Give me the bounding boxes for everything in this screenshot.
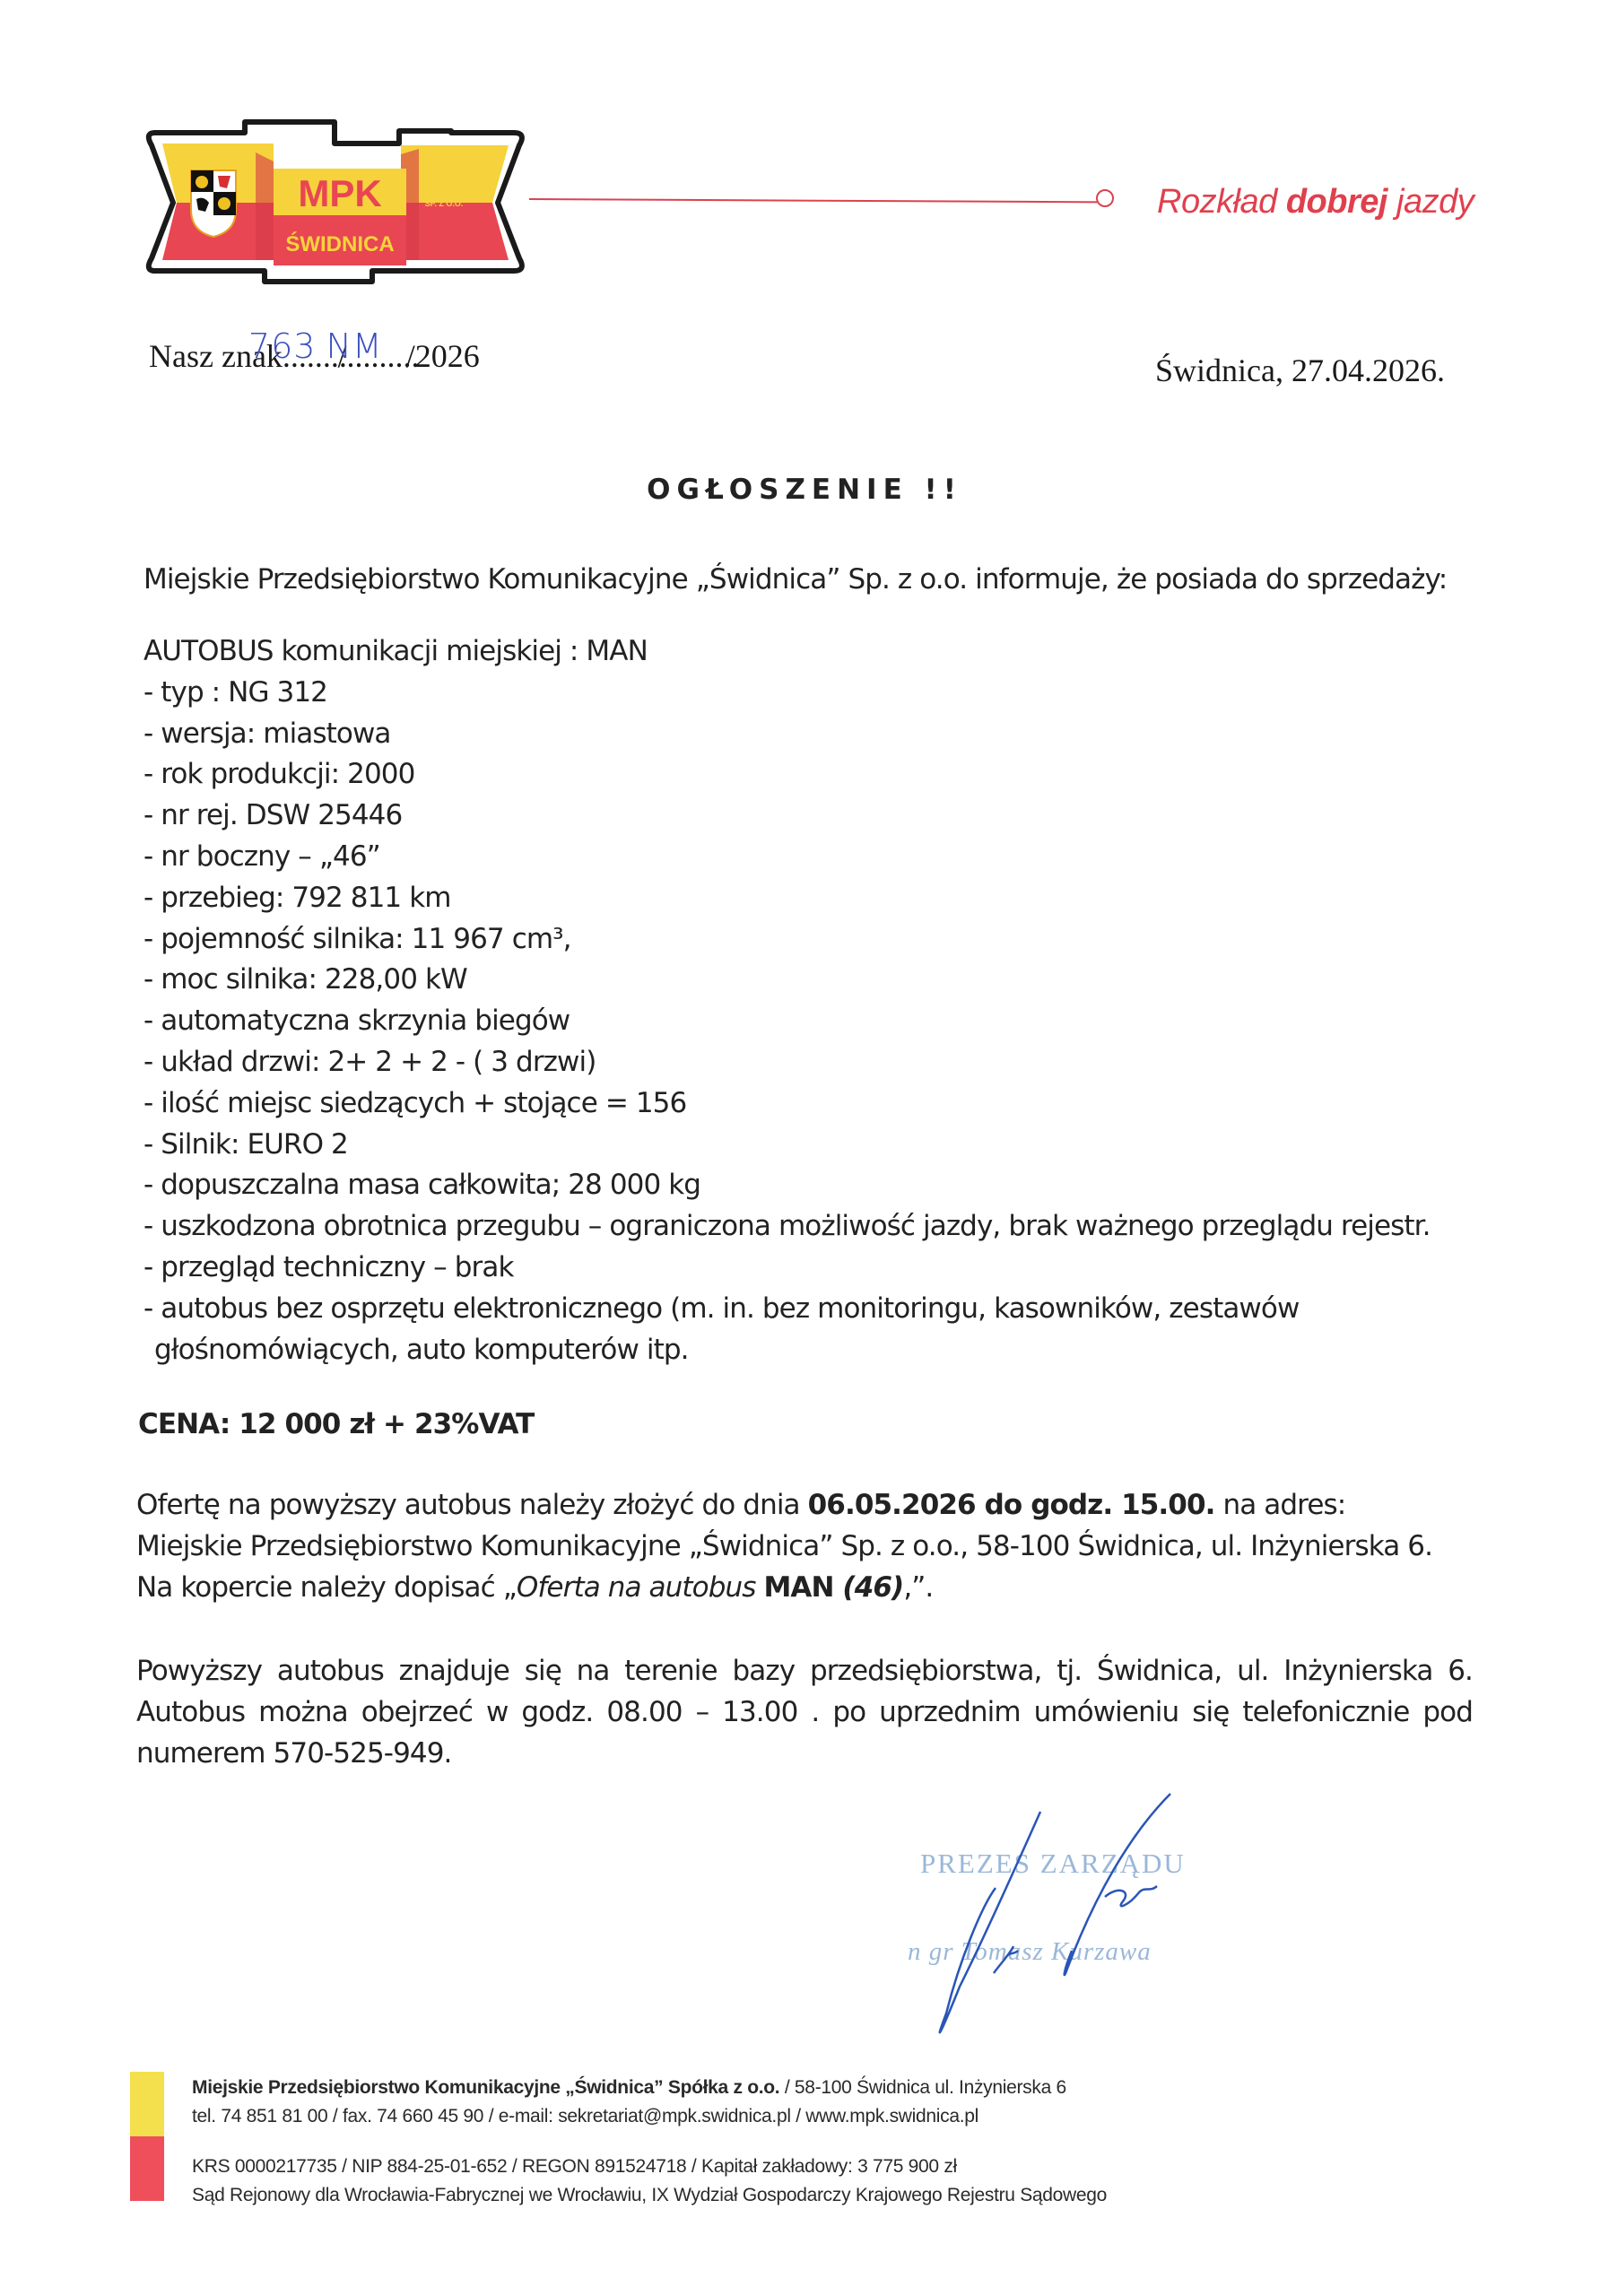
mpk-swidnica-logo: MPK ŚWIDNICA SP. Z O.O. xyxy=(139,117,534,287)
spec-item: - moc silnika: 228,00 kW xyxy=(144,960,1431,1001)
spec-item: - automatyczna skrzynia biegów xyxy=(144,1001,1431,1042)
spec-item: - Silnik: EURO 2 xyxy=(144,1125,1431,1166)
header-circle-icon xyxy=(1096,189,1114,207)
footer-court: Sąd Rejonowy dla Wrocławia-Fabrycznej we… xyxy=(192,2185,1107,2206)
viewing-information: Powyższy autobus znajduje się na terenie… xyxy=(136,1650,1473,1774)
footer-contact: tel. 74 851 81 00 / fax. 74 660 45 90 / … xyxy=(192,2106,978,2127)
offer-instructions: Ofertę na powyższy autobus należy złożyć… xyxy=(136,1484,1432,1608)
spec-item: - autobus bez osprzętu elektronicznego (… xyxy=(144,1289,1431,1330)
document-date: Świdnica, 27.04.2026. xyxy=(1155,352,1445,389)
spec-item: - ilość miejsc siedzących + stojące = 15… xyxy=(144,1083,1431,1125)
spec-item: - przebieg: 792 811 km xyxy=(144,878,1431,919)
spec-item: - typ : NG 312 xyxy=(144,673,1431,714)
spec-item: - uszkodzona obrotnica przegubu – ograni… xyxy=(144,1206,1431,1248)
vehicle-heading: AUTOBUS komunikacji miejskiej : MAN xyxy=(144,631,1431,673)
handwritten-initials: NM xyxy=(326,326,382,366)
header-divider-line xyxy=(529,198,1100,203)
footer-accent-red xyxy=(130,2136,164,2201)
footer-accent-yellow xyxy=(130,2072,164,2136)
reference-number: Nasz znak........763/.........NM/2026 xyxy=(149,335,480,375)
spec-item: - przegląd techniczny – brak xyxy=(144,1248,1431,1289)
footer-registry: KRS 0000217735 / NIP 884-25-01-652 / REG… xyxy=(192,2156,957,2178)
handwritten-signature xyxy=(897,1780,1202,2040)
svg-text:MPK: MPK xyxy=(298,172,381,214)
document-title: OGŁOSZENIE !! xyxy=(0,474,1609,506)
spec-item: - dopuszczalna masa całkowita; 28 000 kg xyxy=(144,1165,1431,1206)
intro-paragraph: Miejskie Przedsiębiorstwo Komunikacyjne … xyxy=(144,563,1447,596)
spec-item: - nr boczny – „46” xyxy=(144,837,1431,878)
offer-deadline: Ofertę na powyższy autobus należy złożyć… xyxy=(136,1484,1432,1526)
spec-item: - nr rej. DSW 25446 xyxy=(144,796,1431,837)
footer-company: Miejskie Przedsiębiorstwo Komunikacyjne … xyxy=(192,2077,1066,2099)
offer-envelope-note: Na kopercie należy dopisać „Oferta na au… xyxy=(136,1567,1432,1608)
spec-item: - układ drzwi: 2+ 2 + 2 - ( 3 drzwi) xyxy=(144,1042,1431,1083)
spec-item: - rok produkcji: 2000 xyxy=(144,754,1431,796)
svg-text:SP. Z O.O.: SP. Z O.O. xyxy=(425,199,464,208)
price: CENA: 12 000 zł + 23%VAT xyxy=(138,1408,534,1440)
spec-item: - pojemność silnika: 11 967 cm³, xyxy=(144,919,1431,961)
offer-address: Miejskie Przedsiębiorstwo Komunikacyjne … xyxy=(136,1526,1432,1567)
tagline: Rozkład dobrej jazdy xyxy=(1157,183,1474,222)
vehicle-spec-list: AUTOBUS komunikacji miejskiej : MAN - ty… xyxy=(144,631,1431,1370)
svg-text:ŚWIDNICA: ŚWIDNICA xyxy=(285,231,394,257)
handwritten-number: 763 xyxy=(248,326,317,366)
spec-item: - wersja: miastowa xyxy=(144,714,1431,755)
spec-item-continuation: głośnomówiących, auto komputerów itp. xyxy=(144,1330,1431,1371)
